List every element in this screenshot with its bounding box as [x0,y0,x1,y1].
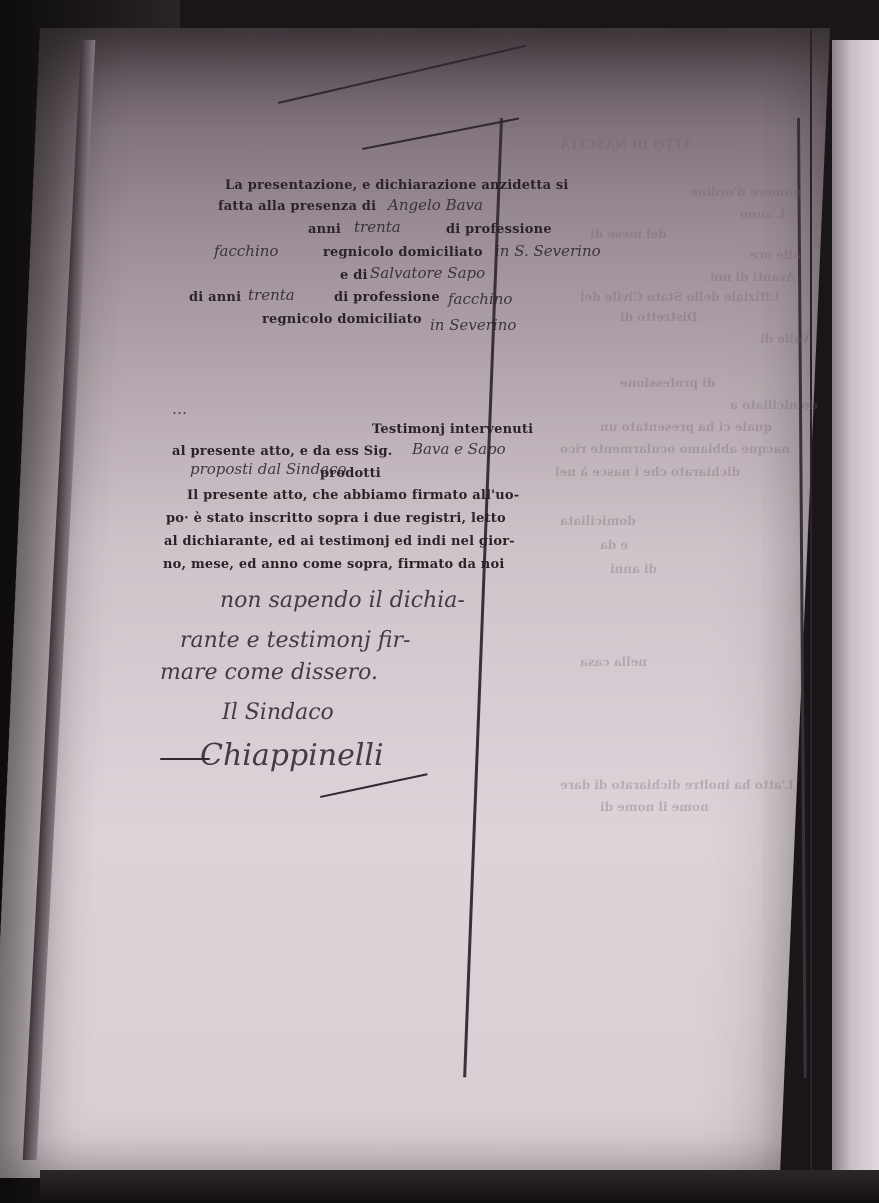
ghost-line: numero d'ordine [690,185,802,199]
handwritten-continuation: … [172,400,187,418]
print-line: di professione [446,222,552,237]
ghost-line: nome il nome di [600,800,709,814]
ghost-line: dichiarato che i nasce à nel [555,465,740,479]
ghost-line: L'anno [740,207,785,221]
handwritten-title-sindaco: Il Sindaco [222,700,334,725]
handwritten-witness2-profession: facchino [448,290,512,308]
handwritten-produced-by: proposti dal Sindaco [190,460,347,478]
signature: Chiappinelli [200,738,384,773]
page-gutter-line [810,30,812,1180]
handwritten-domicile1: in S. Severino [495,242,601,260]
handwritten-witness2-age: trenta [248,286,295,304]
bottom-shadow [40,1170,879,1203]
handwritten-witness1-age: trenta [354,218,401,236]
ghost-line: quale ci ha presentato un [600,420,772,434]
ghost-page-number: 222 [225,90,250,104]
ghost-line: di anni [610,562,657,576]
print-line: regnicolo domiciliato [323,245,483,260]
ghost-line: di professione [620,376,715,390]
print-line: fatta alla presenza di [218,199,376,214]
ghost-line: Avanti di noi [710,270,795,284]
print-line: La presentazione, e dichiarazione anzide… [225,178,569,193]
print-line: regnicolo domiciliato [262,312,422,327]
ghost-line: Valle di [760,332,810,346]
signature-flourish [160,758,210,760]
ghost-line: nacque abbiamo ocularmente rico [560,442,790,456]
next-page-strip [832,40,879,1170]
ghost-line: e da [600,538,628,552]
handwritten-witness1-name: Angelo Bava [388,196,483,214]
ghost-line: domiciliata [560,514,636,528]
ghost-line: domiciliato a [730,398,818,412]
ghost-line: nella casa [580,655,647,669]
handwritten-witnesses: Bava e Sapo [412,440,506,458]
ghost-line: Uffiziale dello Stato Civile del [580,290,780,304]
handwritten-closing-1: non sapendo il dichia- [220,588,465,613]
print-line: e di [340,268,368,283]
print-line: di anni [189,290,241,305]
print-line: anni [308,222,341,237]
handwritten-closing-2: rante e testimonj fir- [180,628,410,653]
handwritten-witness1-profession: facchino [214,242,278,260]
handwritten-witness2-name: Salvatore Sapo [370,264,485,282]
handwritten-domicile2: in Severino [430,316,516,334]
print-line: Il presente atto, che abbiamo firmato al… [187,488,519,503]
print-line: di professione [334,290,440,305]
print-line: al presente atto, e da ess Sig. [172,444,393,459]
print-line: al dichiarante, ed ai testimonj ed indi … [164,534,515,549]
ghost-line: L'atto ha inoltre dichiarato di dare [560,778,794,792]
ghost-line: Distretto di [620,310,697,324]
print-line: po· è stato inscritto sopra i due regist… [166,511,506,526]
ghost-header: ATTO DI NASCITA [560,138,693,153]
print-line: no, mese, ed anno come sopra, firmato da… [163,557,504,572]
ghost-line: del mese di [590,227,667,241]
handwritten-closing-3: mare come dissero. [160,660,378,685]
print-line: Testimonj intervenuti [372,422,533,437]
ghost-line: alle ore [750,248,801,262]
